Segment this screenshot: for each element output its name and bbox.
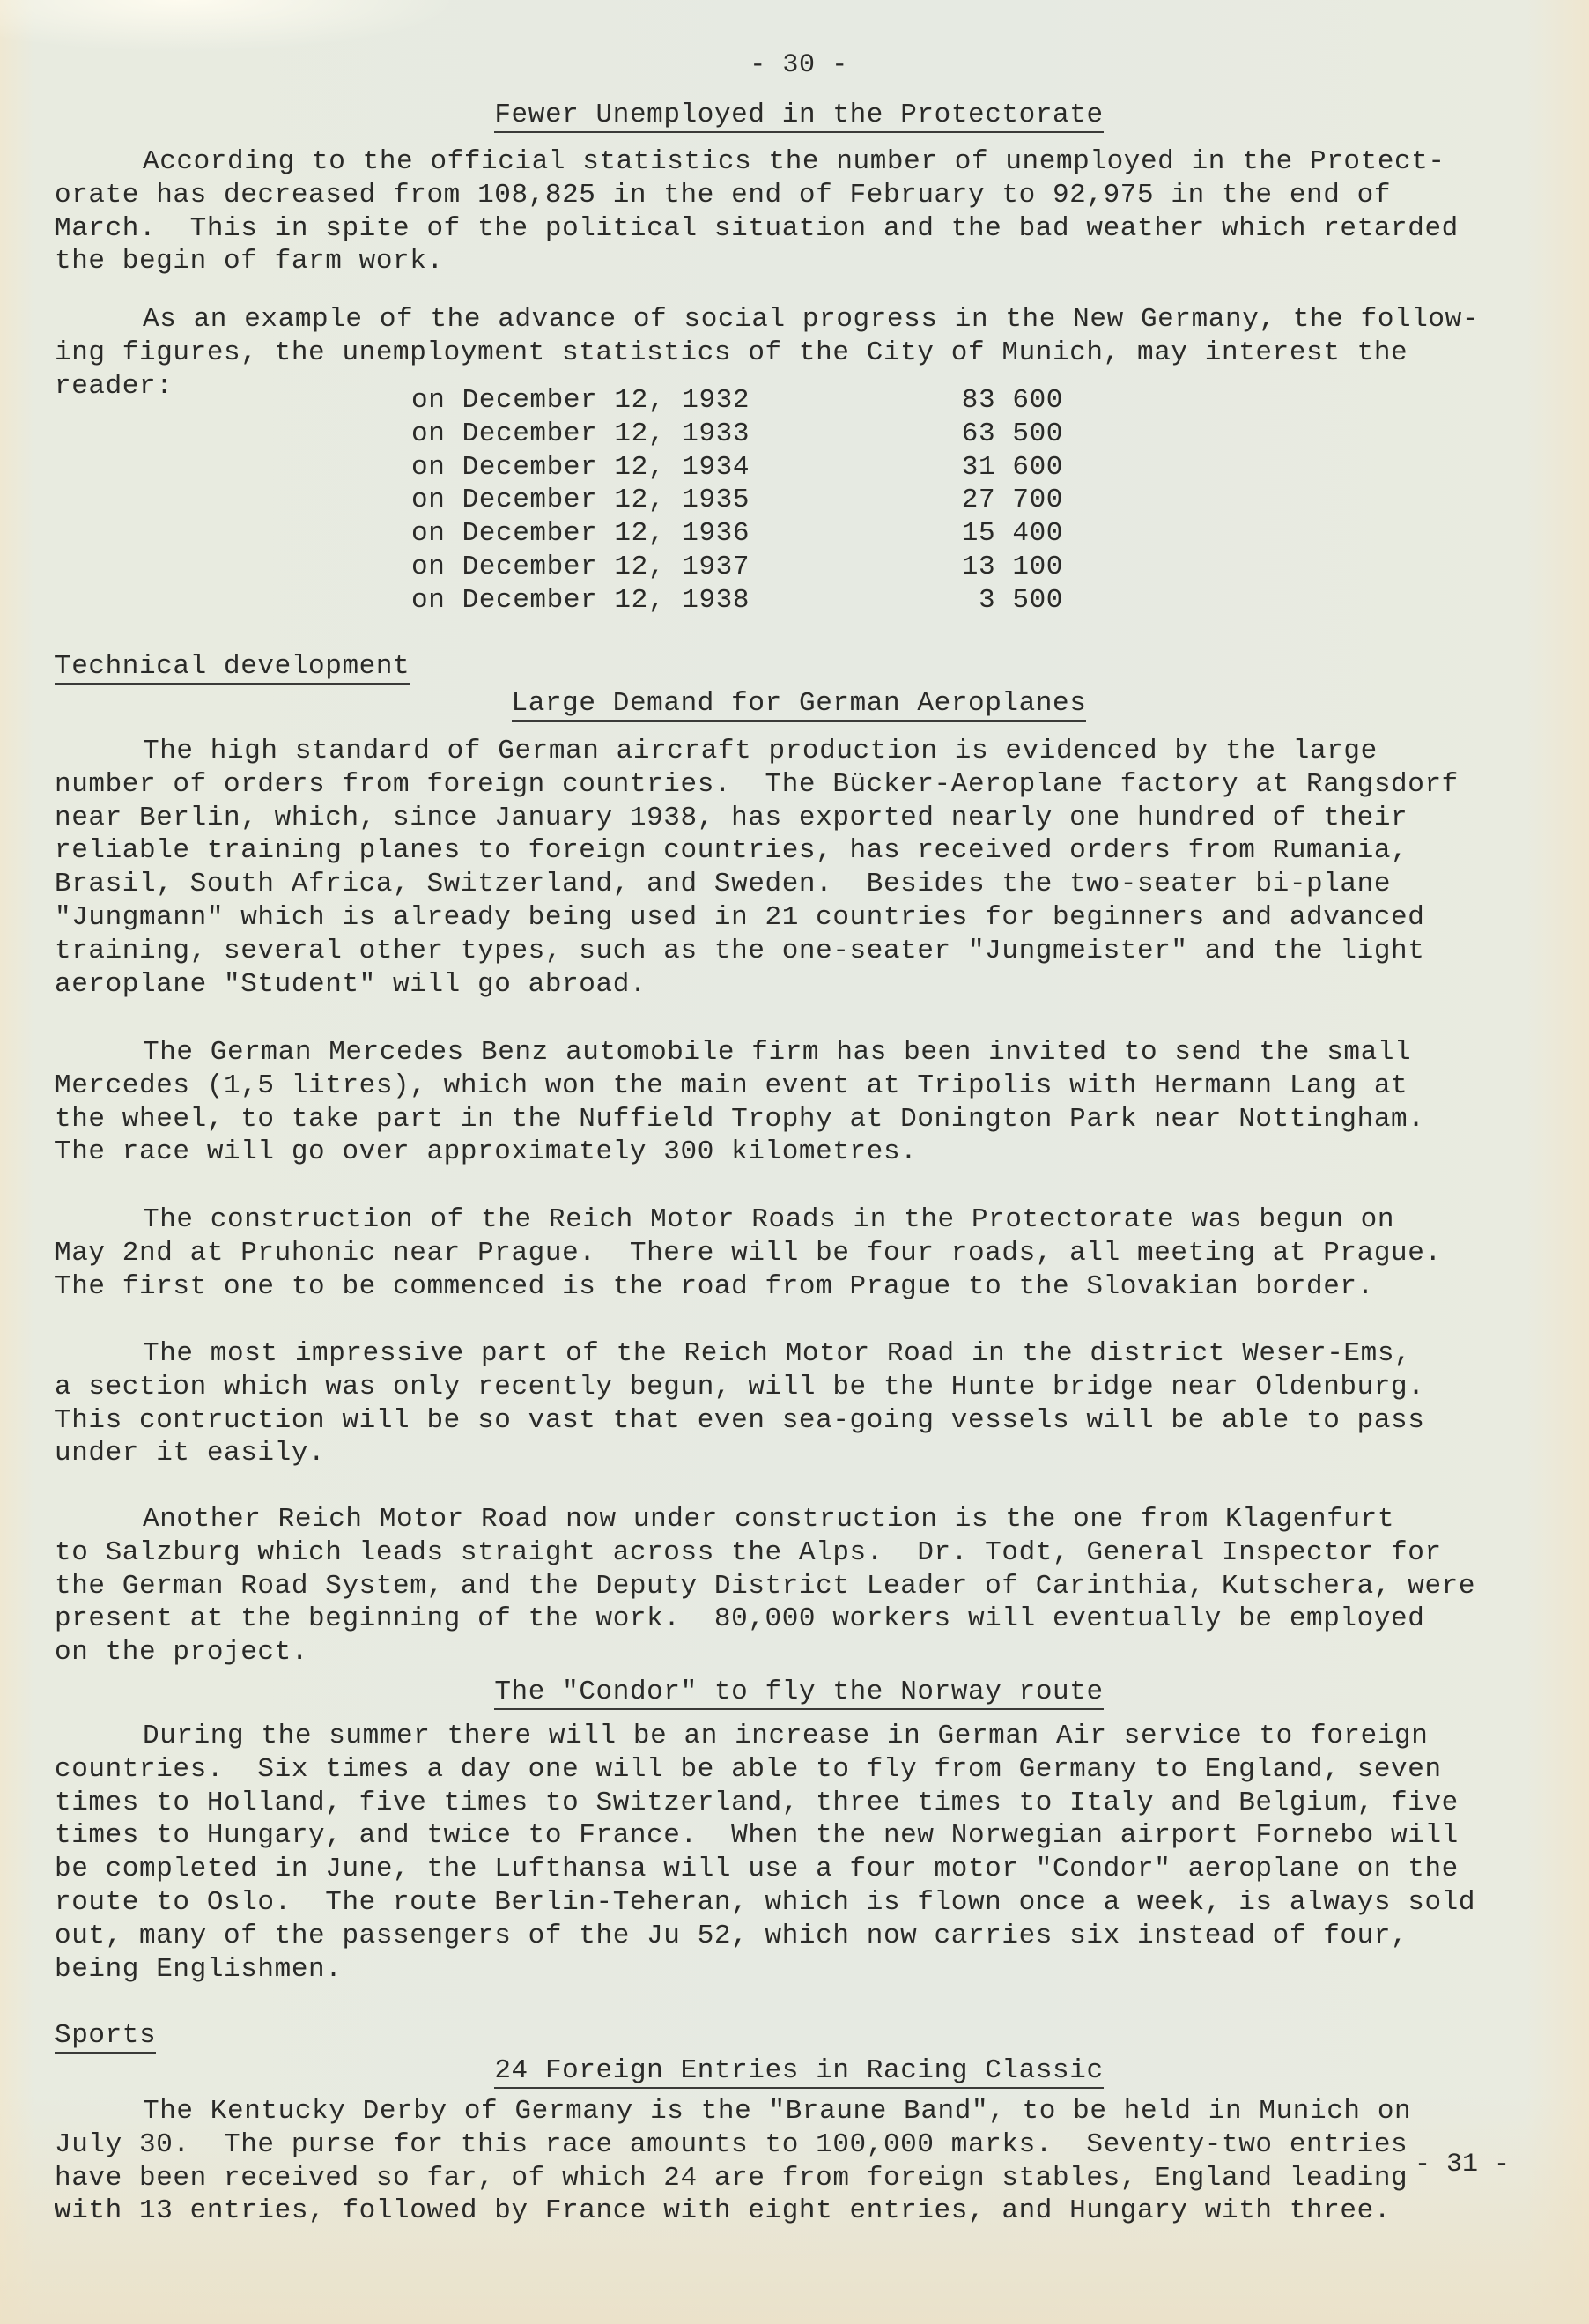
text-line: The high standard of German aircraft pro… [55,735,1543,768]
table-row: on December 12, 193363 500 [411,418,1063,451]
text-line: aeroplane "Student" will go abroad. [55,968,1543,1002]
date-cell: on December 12, 1932 [411,384,887,418]
unemployed-count-cell: 83 600 [887,384,1063,418]
text-line: The most impressive part of the Reich Mo… [55,1337,1543,1371]
text-line: Brasil, South Africa, Switzerland, and S… [55,868,1543,901]
text-line: May 2nd at Pruhonic near Prague. There w… [55,1237,1543,1270]
unemployed-count-cell: 15 400 [887,517,1063,551]
article-title-racing: 24 Foreign Entries in Racing Classic [55,2054,1543,2088]
paragraph: The most impressive part of the Reich Mo… [55,1337,1543,1470]
text-line: The race will go over approximately 300 … [55,1136,1543,1169]
text-line: present at the beginning of the work. 80… [55,1602,1543,1636]
article-title-aeroplanes: Large Demand for German Aeroplanes [55,687,1543,721]
paragraph: The German Mercedes Benz automobile firm… [55,1036,1543,1169]
unemployed-count-cell: 31 600 [887,451,1063,485]
article-title-unemployed: Fewer Unemployed in the Protectorate [55,99,1543,132]
text-line: with 13 entries, followed by France with… [55,2194,1543,2228]
text-line: March. This in spite of the political si… [55,212,1543,246]
text-line: the begin of farm work. [55,245,1543,278]
text-line: During the summer there will be an incre… [55,1720,1543,1753]
date-cell: on December 12, 1935 [411,484,887,517]
text-line: number of orders from foreign countries.… [55,768,1543,802]
table-row: on December 12, 193283 600 [411,384,1063,418]
date-cell: on December 12, 1934 [411,451,887,485]
text-line: Mercedes (1,5 litres), which won the mai… [55,1069,1543,1103]
table-row: on December 12, 193713 100 [411,551,1063,584]
text-line: route to Oslo. The route Berlin-Teheran,… [55,1886,1543,1920]
text-line: The German Mercedes Benz automobile firm… [55,1036,1543,1069]
paragraph: According to the official statistics the… [55,145,1543,278]
text-line: Another Reich Motor Road now under const… [55,1503,1543,1536]
text-line: The Kentucky Derby of Germany is the "Br… [55,2095,1543,2128]
unemployment-table: on December 12, 193283 600on December 12… [411,384,1063,618]
unemployed-count-cell: 13 100 [887,551,1063,584]
article-title-condor: The "Condor" to fly the Norway route [55,1676,1543,1709]
table-row: on December 12, 19383 500 [411,584,1063,618]
text-line: The first one to be commenced is the roa… [55,1270,1543,1304]
paragraph: Another Reich Motor Road now under const… [55,1503,1543,1669]
page-number-top: - 30 - [55,49,1543,83]
table-row: on December 12, 193527 700 [411,484,1063,517]
paragraph: During the summer there will be an incre… [55,1720,1543,1986]
date-cell: on December 12, 1937 [411,551,887,584]
text-line: have been received so far, of which 24 a… [55,2162,1543,2195]
text-line: out, many of the passengers of the Ju 52… [55,1920,1543,1953]
text-line: This contruction will be so vast that ev… [55,1404,1543,1438]
text-line: countries. Six times a day one will be a… [55,1753,1543,1787]
paragraph: The Kentucky Derby of Germany is the "Br… [55,2095,1543,2228]
section-heading-technical: Technical development [55,650,410,684]
text-line: the German Road System, and the Deputy D… [55,1570,1543,1603]
text-line: the wheel, to take part in the Nuffield … [55,1103,1543,1136]
unemployed-count-cell: 27 700 [887,484,1063,517]
text-line: orate has decreased from 108,825 in the … [55,179,1543,212]
text-line: As an example of the advance of social p… [55,303,1543,337]
text-line: to Salzburg which leads straight across … [55,1536,1543,1570]
date-cell: on December 12, 1938 [411,584,887,618]
text-line: being Englishmen. [55,1953,1543,1987]
text-line: under it easily. [55,1437,1543,1470]
unemployed-count-cell: 3 500 [887,584,1063,618]
page-number-bottom: - 31 - [1415,2150,1510,2180]
text-line: According to the official statistics the… [55,145,1543,179]
table-row: on December 12, 193431 600 [411,451,1063,485]
text-line: times to Holland, five times to Switzerl… [55,1787,1543,1820]
typed-page: - 30 - Fewer Unemployed in the Protector… [0,0,1589,2324]
paper-fold [0,0,458,53]
text-line: July 30. The purse for this race amounts… [55,2128,1543,2162]
text-line: training, several other types, such as t… [55,935,1543,968]
text-line: on the project. [55,1636,1543,1669]
text-line: times to Hungary, and twice to France. W… [55,1819,1543,1853]
table-row: on December 12, 193615 400 [411,517,1063,551]
text-line: reliable training planes to foreign coun… [55,834,1543,868]
text-line: The construction of the Reich Motor Road… [55,1203,1543,1237]
text-line: a section which was only recently begun,… [55,1371,1543,1404]
unemployed-count-cell: 63 500 [887,418,1063,451]
text-line: "Jungmann" which is already being used i… [55,901,1543,935]
paragraph: The construction of the Reich Motor Road… [55,1203,1543,1303]
paragraph: The high standard of German aircraft pro… [55,735,1543,1001]
date-cell: on December 12, 1936 [411,517,887,551]
text-line: near Berlin, which, since January 1938, … [55,802,1543,835]
section-heading-sports: Sports [55,2019,156,2053]
text-line: ing figures, the unemployment statistics… [55,337,1543,370]
text-line: be completed in June, the Lufthansa will… [55,1853,1543,1886]
date-cell: on December 12, 1933 [411,418,887,451]
